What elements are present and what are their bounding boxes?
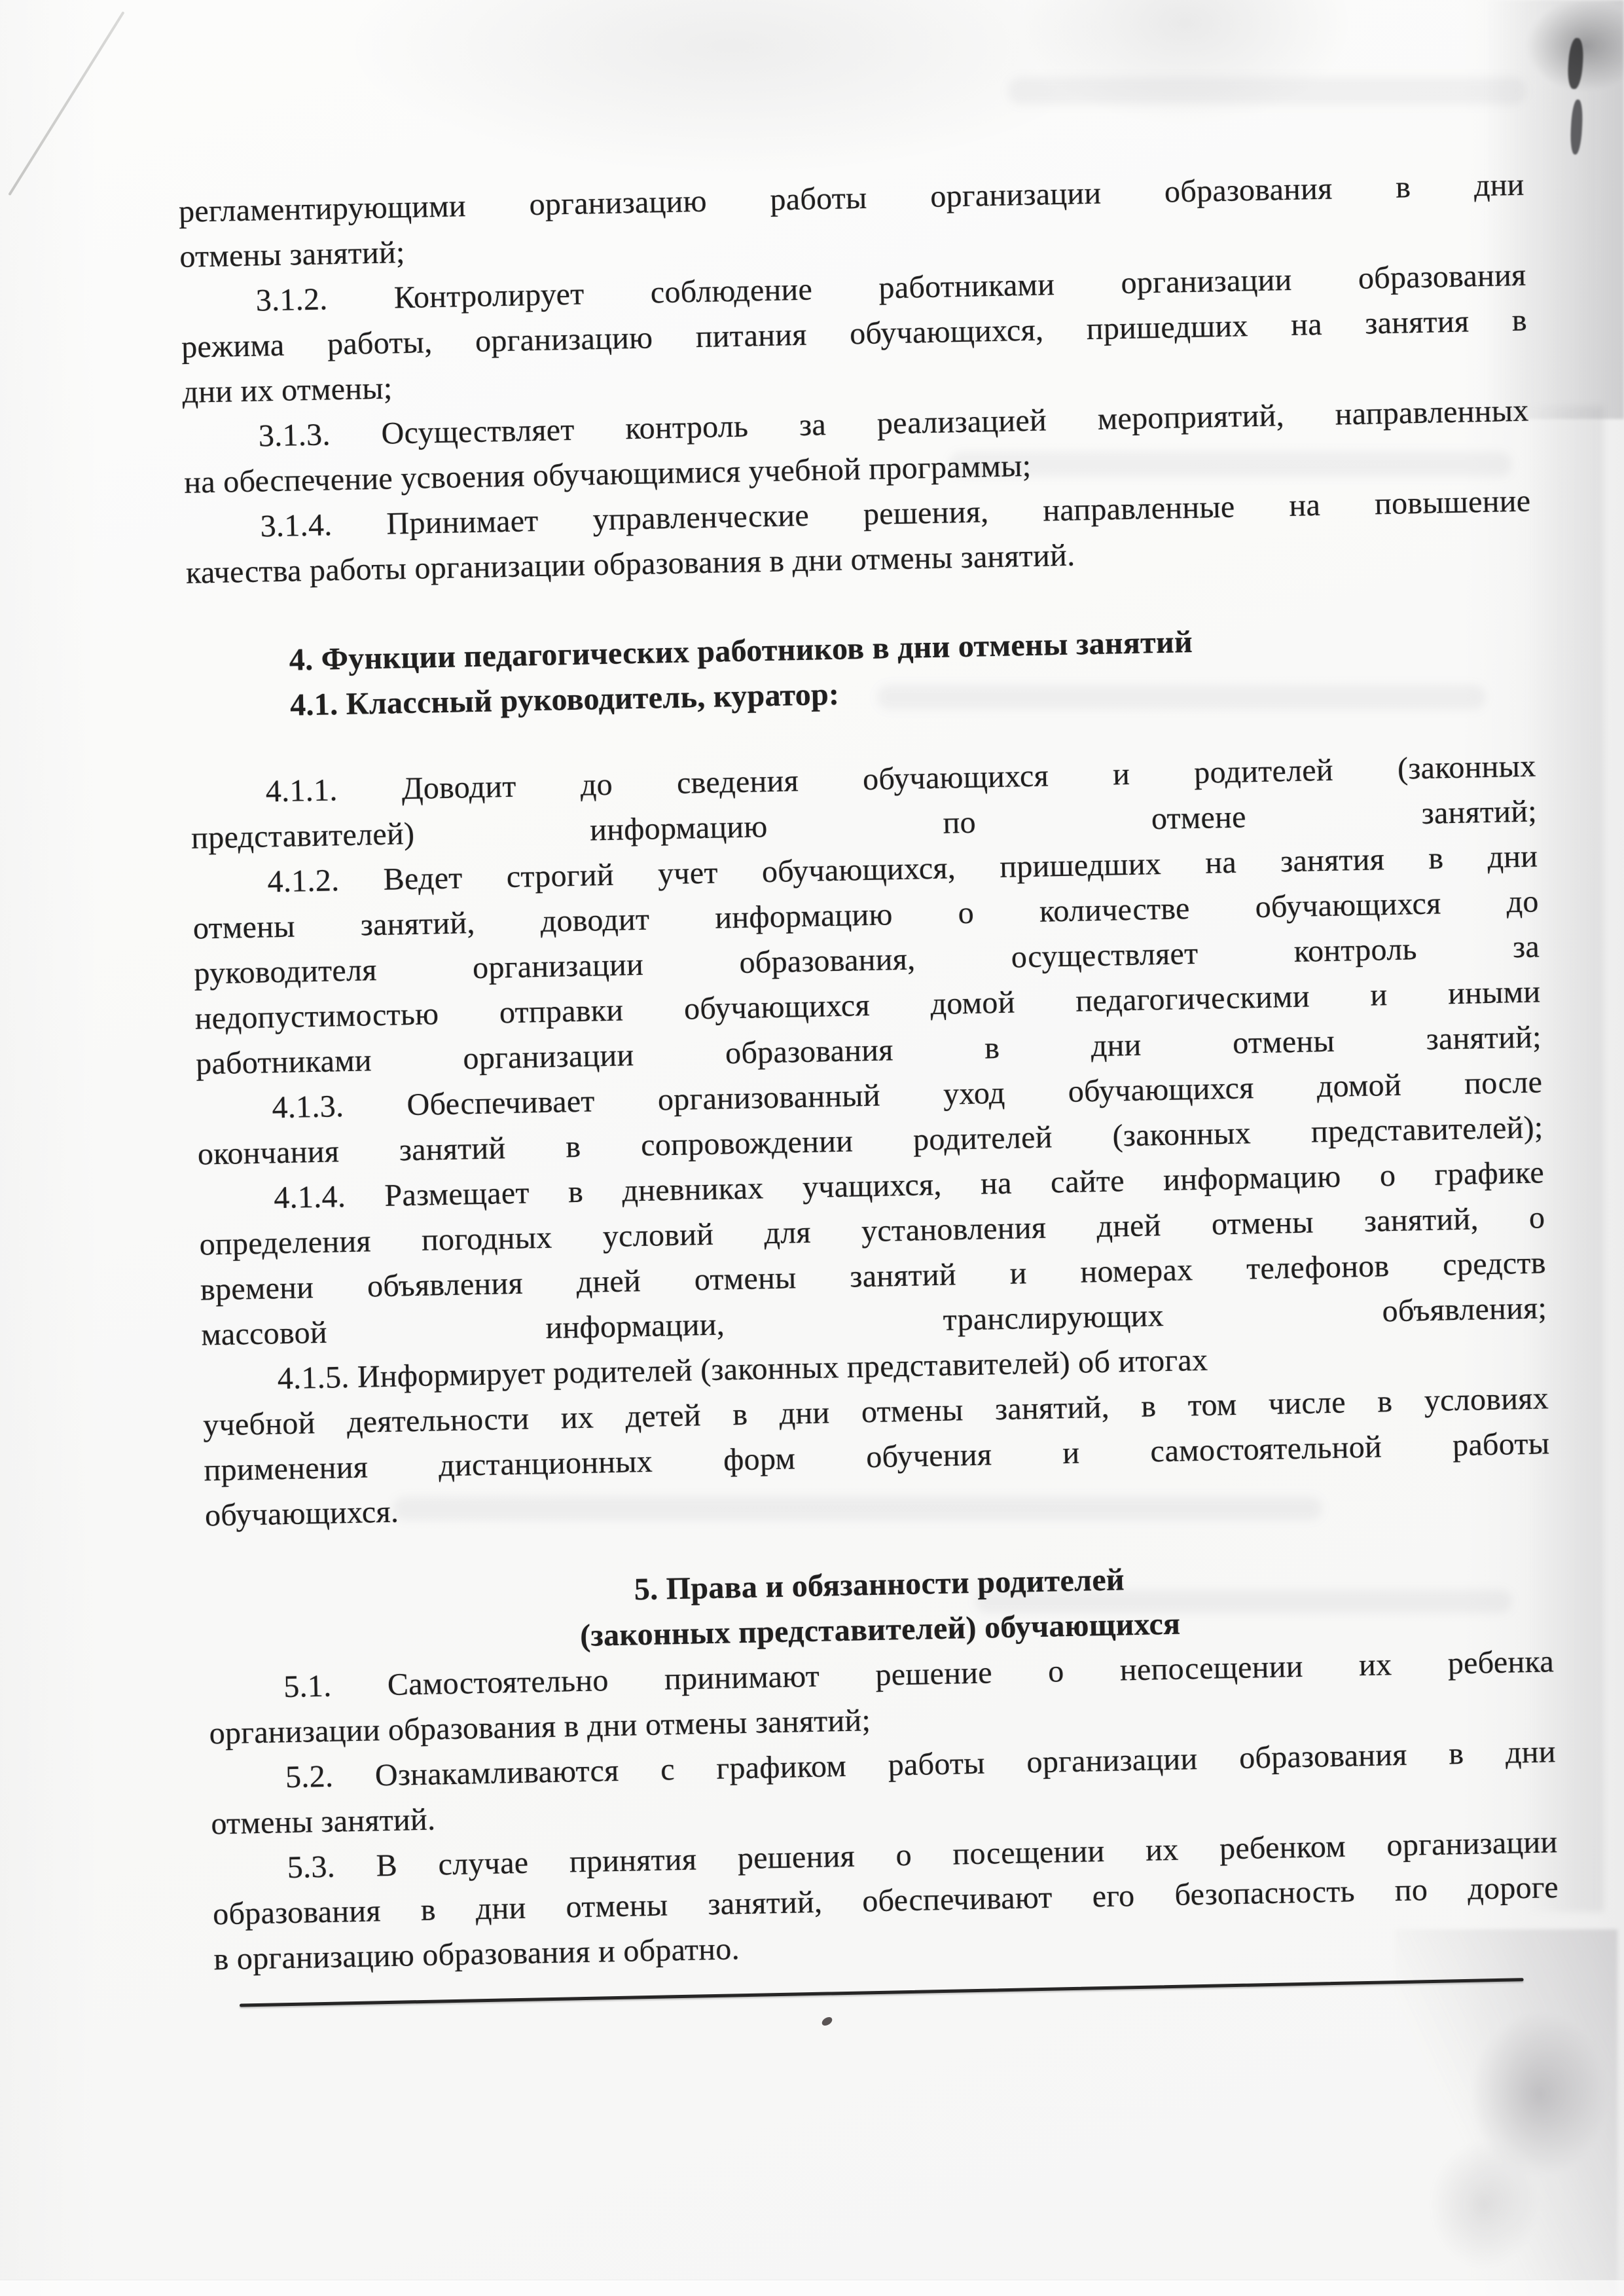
ink-mark-right-edge-2 (1570, 100, 1583, 155)
scanned-document-page: регламентирующими организацию работы орг… (0, 0, 1624, 2296)
separator-line (240, 1978, 1524, 2007)
paragraph-4-1-5: 4.1.5. Информирует родителей (законных п… (202, 1330, 1551, 1538)
scan-bed-edge (0, 2280, 1624, 2296)
scan-smudge-bottom-right (1395, 1929, 1617, 2296)
ink-mark-right-edge-1 (1566, 37, 1584, 89)
document-text: регламентирующими организацию работы орг… (178, 162, 1560, 2008)
paragraph-4-1-2: 4.1.2. Ведет строгий учет обучающихся, п… (192, 833, 1542, 1086)
paragraph-4-1-4: 4.1.4. Размещает в дневниках учащихся, н… (198, 1150, 1547, 1357)
ink-speck (820, 2015, 833, 2027)
paragraph-5-3: 5.3. В случае принятия решения о посещен… (211, 1819, 1560, 1982)
page-corner-crease (8, 11, 124, 196)
paragraph-3-1-2: 3.1.2. Контролирует соблюдение работника… (180, 253, 1528, 415)
bleed-through-mark (1008, 77, 1525, 105)
